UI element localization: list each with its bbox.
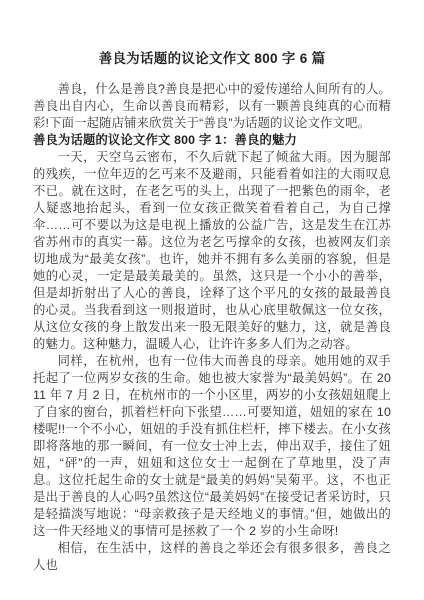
intro-paragraph: 善良，什么是善良?善良是把心中的爱传递给人间所有的人。善良出自内心，生命以善良而… — [33, 81, 391, 132]
document-title: 善良为话题的议论文作文 800 字 6 篇 — [33, 50, 391, 67]
body-paragraph-2: 同样，在杭州，也有一位伟大而善良的母亲。她用她的双手托起了一位两岁女孩的生命。她… — [33, 353, 391, 540]
body-paragraph-3: 相信，在生活中，这样的善良之举还会有很多很多，善良之人也 — [33, 540, 391, 574]
body-paragraph-1: 一天，天空乌云密布，不久后就下起了倾盆大雨。因为腿部的残疾，一位年迈的乞丐来不及… — [33, 149, 391, 353]
section-heading: 善良为话题的议论文作文 800 字 1：善良的魅力 — [33, 132, 391, 149]
document-page: 善良为话题的议论文作文 800 字 6 篇 善良，什么是善良?善良是把心中的爱传… — [0, 0, 424, 600]
